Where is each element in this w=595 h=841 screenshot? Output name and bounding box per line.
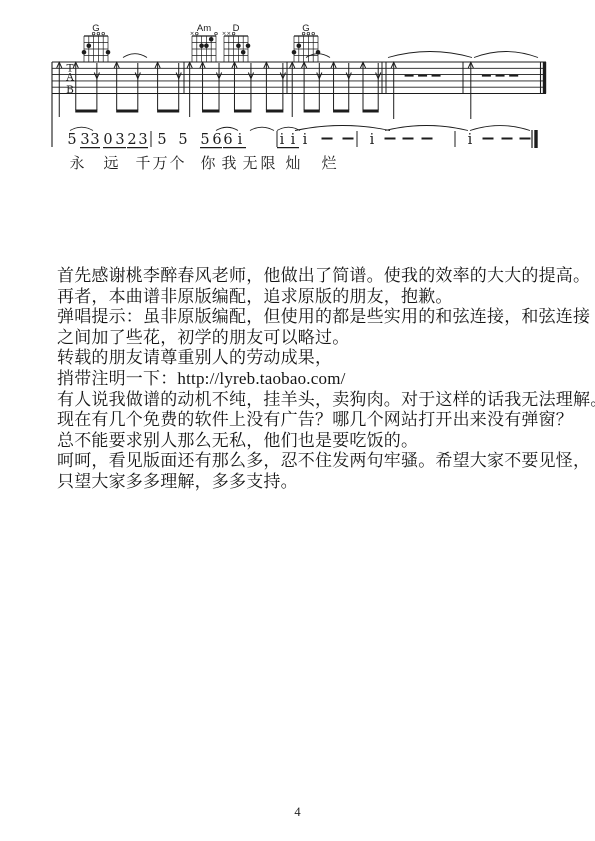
- svg-text:灿: 灿: [285, 154, 300, 172]
- svg-text:3: 3: [115, 132, 124, 148]
- svg-text:i: i: [238, 132, 243, 148]
- svg-text:个: 个: [169, 154, 184, 172]
- svg-text:B: B: [66, 84, 74, 96]
- notes-line: 转载的朋友请尊重别人的劳动成果，: [57, 348, 592, 369]
- svg-text:永: 永: [69, 154, 84, 172]
- svg-text:i: i: [303, 132, 308, 148]
- lyrics-line: 永远千万个你我无限灿烂: [69, 154, 336, 172]
- notes-line-url: 捎带注明一下：http://lyreb.taobao.com/: [57, 369, 592, 390]
- notes-line: 之间加了些花，初学的朋友可以略过。: [57, 328, 592, 349]
- svg-text:3: 3: [90, 132, 99, 148]
- strum-measure: [468, 62, 518, 119]
- notes-line: 首先感谢桃李醉春风老师，他做出了简谱。使我的效率的大大的提高。: [57, 266, 592, 287]
- svg-text:5: 5: [178, 132, 187, 148]
- svg-text:2: 2: [127, 132, 136, 148]
- svg-text:3: 3: [80, 132, 89, 148]
- svg-text:我: 我: [221, 154, 236, 172]
- music-score: TABGAm×D××G533032355566iiiiii永远千万个你我无限灿烂: [0, 0, 595, 190]
- svg-text:6: 6: [212, 132, 221, 148]
- strum-measure: [290, 62, 381, 117]
- chord-diagram-G: G: [82, 23, 111, 62]
- chord-diagram-G: G: [292, 23, 321, 62]
- svg-text:i: i: [280, 132, 285, 148]
- sheet-page: TABGAm×D××G533032355566iiiiii永远千万个你我无限灿烂…: [0, 0, 595, 841]
- tab-staff: [52, 62, 546, 94]
- svg-text:5: 5: [157, 132, 166, 148]
- svg-text:5: 5: [200, 132, 209, 148]
- svg-text:i: i: [468, 132, 473, 148]
- svg-text:Am: Am: [197, 23, 211, 34]
- strum-measure: [57, 62, 182, 117]
- strum-measure: [187, 62, 285, 117]
- chord-diagram-D: D××: [222, 23, 251, 62]
- svg-text:0: 0: [103, 132, 112, 148]
- staff-ties: [123, 52, 538, 58]
- notes-line: 总不能要求别人那么无私，他们也是要吃饭的。: [57, 431, 592, 452]
- notes-line: 弹唱提示：虽非原版编配，但使用的都是些实用的和弦连接，和弦连接: [57, 307, 592, 328]
- svg-text:i: i: [370, 132, 375, 148]
- notation-line: 533032355566iiiiii: [67, 132, 530, 148]
- notes-line: 只望大家多多理解，多多支持。: [57, 472, 592, 493]
- svg-text:6: 6: [223, 132, 232, 148]
- svg-text:限: 限: [260, 154, 275, 172]
- svg-text:你: 你: [200, 154, 216, 172]
- notes-line: 呵呵，看见版面还有那么多，忍不住发两句牢骚。希望大家不要见怪，: [57, 451, 592, 472]
- notes-line: 现在有几个免费的软件上没有广告？哪几个网站打开出来没有弹窗？: [57, 410, 592, 431]
- svg-text:5: 5: [67, 132, 76, 148]
- notation-ties: [70, 126, 530, 131]
- notes-line: 再者，本曲谱非原版编配，追求原版的朋友，抱歉。: [57, 287, 592, 308]
- svg-text:远: 远: [103, 154, 118, 172]
- page-number: 4: [0, 805, 595, 820]
- svg-text:i: i: [291, 132, 296, 148]
- svg-text:3: 3: [138, 132, 147, 148]
- svg-text:万: 万: [152, 154, 167, 172]
- svg-text:无: 无: [242, 154, 257, 172]
- svg-text:千: 千: [135, 154, 150, 172]
- svg-text:A: A: [65, 72, 74, 84]
- chord-diagram-Am: Am×: [190, 23, 218, 62]
- svg-text:烂: 烂: [321, 154, 336, 172]
- notes-block: 首先感谢桃李醉春风老师，他做出了简谱。使我的效率的大大的提高。 再者，本曲谱非原…: [57, 266, 592, 493]
- strum-measure: [391, 62, 440, 119]
- notes-line: 有人说我做谱的动机不纯，挂羊头，卖狗肉。对于这样的话我无法理解。: [57, 390, 592, 411]
